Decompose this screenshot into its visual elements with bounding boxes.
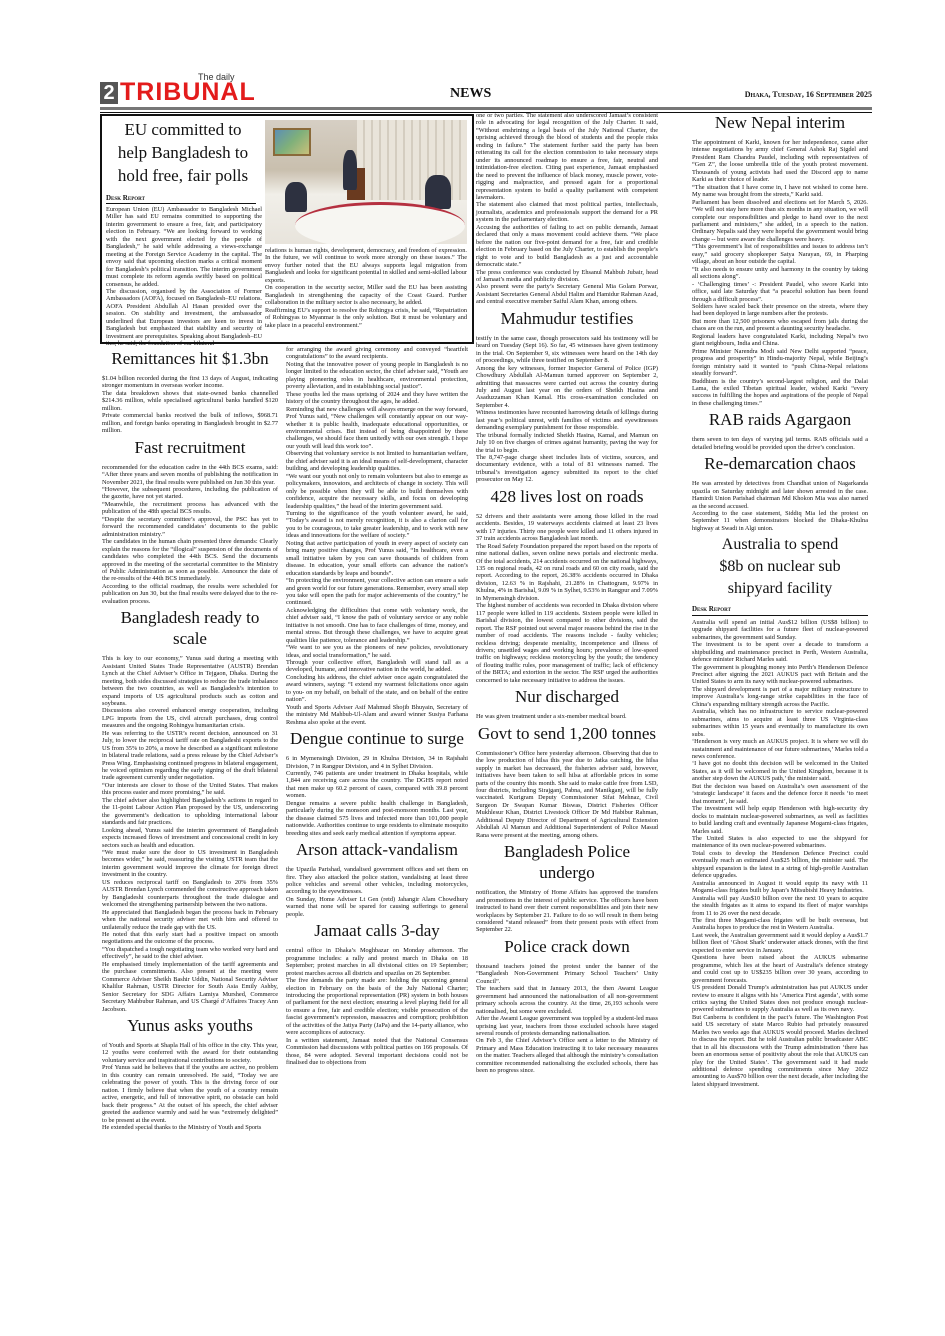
paragraph: Accusing the authorities of failing to a… — [476, 224, 658, 269]
headline-crackdown: Police crack down — [476, 936, 658, 957]
paragraph: Currently, 746 patients are under treatm… — [286, 770, 468, 800]
paragraph: ‘Henderson is very much an AUKUS project… — [692, 738, 868, 760]
paragraph: The government is ploughing money into P… — [692, 664, 868, 686]
column-2: for arranging the award giving ceremony … — [286, 346, 468, 1067]
paragraph: He noted that this early start had a pos… — [102, 931, 278, 946]
headline-mahmudur: Mahmudur testifies — [476, 308, 658, 329]
paragraph: “Meanwhile, the recruitment process has … — [102, 501, 278, 516]
paragraph: Witness testimonies have recounted harro… — [476, 409, 658, 431]
paragraph: Turning to the significance of the youth… — [286, 510, 468, 540]
paragraph: He extended special thanks to the Minist… — [102, 1124, 278, 1131]
page-number: 2 — [100, 82, 118, 104]
paragraph: Australia will pay Aus$10 billion over t… — [692, 895, 868, 917]
paragraph: Regional leaders have congratulated Kark… — [692, 333, 868, 348]
headline-nur: Nur discharged — [476, 686, 658, 707]
paragraph: The press conference was conducted by Eh… — [476, 269, 658, 284]
paragraph: On Feb 3, the Chief Advisor’s Office sen… — [476, 1037, 658, 1074]
paragraph: US reduces reciprocal tariff on Banglade… — [102, 879, 278, 909]
paragraph: According to the case statement, Siddiq … — [692, 510, 868, 532]
paragraph: “Despite the secretary committee’s appro… — [102, 516, 278, 538]
lead-story: EU committed to help Bangladesh to hold … — [100, 114, 474, 344]
headline-dengue: Dengue continue to surge — [286, 728, 468, 749]
paragraph: The highest number of accidents was reco… — [476, 602, 658, 684]
headline-jamaat: Jamaat calls 3-day — [286, 920, 468, 941]
photo-attendee — [285, 182, 307, 212]
paragraph: The teachers said that in January 2013, … — [476, 985, 658, 1015]
headline-rab: RAB raids Agargaon — [692, 409, 868, 430]
paragraph: of Youth and Sports at Shapla Hall of hi… — [102, 1042, 278, 1064]
paragraph: The discussion, organised by the Associa… — [106, 288, 262, 348]
headline-nepal: New Nepal interim — [692, 112, 868, 133]
headline-youths: Yunus asks youths — [102, 1015, 278, 1036]
paragraph: Buddhism is the country’s second-largest… — [692, 378, 868, 408]
paragraph: After the Awami League government was to… — [476, 1015, 658, 1037]
column-1: Remittances hit $1.3bn $1.04 billion rec… — [102, 346, 278, 1131]
paragraph: Total costs to develop the Henderson Def… — [692, 850, 868, 880]
paragraph: The five demands the party made are: hol… — [286, 977, 468, 1037]
paragraph: - ‘Challenging times’ -: President Paude… — [692, 281, 868, 303]
paragraph: Parliament has been dissolved and electi… — [692, 199, 868, 244]
paragraph: 6 in Mymensingh Division, 29 in Khulna D… — [286, 755, 468, 770]
paragraph: Private commercial banks received the bu… — [102, 412, 278, 434]
paragraph: Concluding his address, the chief advise… — [286, 674, 468, 704]
logo-tagline: The daily — [198, 72, 235, 82]
paragraph: Observing that voluntary service is not … — [286, 450, 468, 472]
newspaper-logo: The daily TRIBUNAL — [120, 78, 256, 106]
headline-redemarcation: Re-demarcation chaos — [692, 453, 868, 474]
paragraph: In a written statement, Jamaat noted tha… — [286, 1037, 468, 1067]
paragraph: Through your collective effort, Banglade… — [286, 659, 468, 674]
masthead: 2 The daily TRIBUNAL NEWS Dhaka, Tuesday… — [100, 76, 872, 106]
paragraph: Reminding that new challenges will alway… — [286, 406, 468, 451]
paragraph: “Our interests are closer to those of th… — [102, 782, 278, 797]
paragraph: “This government’s list of responsibilit… — [692, 243, 868, 265]
paragraph: The statement also claimed that most pol… — [476, 201, 658, 223]
lead-column-1: European Union (EU) Ambassador to Bangla… — [106, 206, 262, 348]
paragraph: relations is human rights, development, … — [265, 247, 467, 284]
paragraph: He was arrested by detectives from Chand… — [692, 480, 868, 510]
paragraph: them seven to ten days of varying jail t… — [692, 436, 868, 451]
paragraph: The tribunal formally indicted Sheikh Ha… — [476, 432, 658, 454]
headline-govt: Govt to send 1,200 tonnes — [476, 723, 658, 744]
paragraph: US president Donald Trump’s administrati… — [692, 984, 868, 1014]
photo-painting — [273, 128, 311, 156]
paragraph: central office in Dhaka’s Moghbazar on M… — [286, 947, 468, 977]
paragraph: The Road Safety Foundation prepared the … — [476, 543, 658, 603]
paragraph: Prime Minister Narendra Modi said New De… — [692, 348, 868, 378]
lead-headline: EU committed to help Bangladesh to hold … — [108, 118, 258, 187]
paragraph: Noting that the innovative power of youn… — [286, 361, 468, 391]
paragraph: The chief adviser also highlighted Bangl… — [102, 797, 278, 827]
paragraph: thousand teachers joined the protest und… — [476, 963, 658, 985]
paragraph: ‘I have got no doubt this decision will … — [692, 760, 868, 782]
paragraph: Also present were the party’s Secretary … — [476, 283, 658, 305]
paragraph: Australia announced in August it would e… — [692, 880, 868, 895]
column-4: New Nepal interim The appointment of Kar… — [692, 110, 868, 1088]
paragraph: “The situation that I have come in, I ha… — [692, 184, 868, 199]
paragraph: The investment will help equip Henderson… — [692, 805, 868, 835]
paragraph: “However, the subsequent procedures, inc… — [102, 486, 278, 501]
headline-arson: Arson attack-vandalism — [286, 839, 468, 860]
paragraph: for arranging the award giving ceremony … — [286, 346, 468, 361]
paragraph: “We want to see you as the pioneers of n… — [286, 644, 468, 659]
logo-text-last: L — [240, 78, 256, 106]
paragraph: $1.04 billion recorded during the first … — [102, 375, 278, 390]
paragraph: Questions have been raised about the AUK… — [692, 954, 868, 984]
paragraph: the Upazila Parishad, vandalised governm… — [286, 866, 468, 896]
paragraph: The United States is also expected to us… — [692, 835, 868, 850]
paragraph: The data breakdown shows that state-owne… — [102, 390, 278, 412]
paragraph: This is key to our economy,” Yunus said … — [102, 655, 278, 707]
paragraph: Looking ahead, Yunus said the interim go… — [102, 827, 278, 849]
photo-table — [295, 202, 465, 244]
paragraph: He was referring to the USTR’s recent de… — [102, 730, 278, 782]
lead-byline: Desk Report — [106, 194, 256, 204]
paragraph: Reaffirming EU’s support to resolve the … — [265, 307, 467, 329]
paragraph: On cooperation in the security sector, M… — [265, 284, 467, 306]
photo-attendee — [425, 175, 451, 209]
australia-byline: Desk Report — [692, 606, 868, 615]
paragraph: Commissioner’s Office here yesterday aft… — [476, 750, 658, 839]
paragraph: Among the key witnesses, former Inspecto… — [476, 365, 658, 410]
paragraph: “We must make sure the door to US invest… — [102, 849, 278, 879]
paragraph: Soldiers have scaled back their presence… — [692, 303, 868, 318]
paragraph: On Sunday, Home Adviser Lt Gen (retd) Ja… — [286, 896, 468, 918]
paragraph: European Union (EU) Ambassador to Bangla… — [106, 206, 262, 288]
paragraph: notification, the Ministry of Home Affai… — [476, 889, 658, 934]
paragraph: He was given treatment under a six-membe… — [476, 713, 658, 720]
paragraph: 52 drivers and their assistants were amo… — [476, 513, 658, 543]
paragraph: “In protecting the environment, your col… — [286, 577, 468, 607]
paragraph: But more than 12,500 prisoners who escap… — [692, 318, 868, 333]
lead-column-2: relations is human rights, development, … — [265, 247, 467, 329]
paragraph: The first three Mogami-class frigates wi… — [692, 917, 868, 932]
paragraph: “We want our youth not only to remain vo… — [286, 473, 468, 510]
paragraph: Australia will spend an initial Aus$12 b… — [692, 619, 868, 641]
paragraph: The investment is to be spent over a dec… — [692, 641, 868, 663]
newspaper-page: 2 The daily TRIBUNAL NEWS Dhaka, Tuesday… — [100, 76, 872, 106]
paragraph: The 8,747-page charge sheet includes lis… — [476, 454, 658, 484]
headline-remittances: Remittances hit $1.3bn — [102, 348, 278, 369]
paragraph: The shipyard development is part of a ma… — [692, 686, 868, 708]
column-3: one or two parties. The statement also u… — [476, 112, 658, 1075]
paragraph: testify in the same case, though prosecu… — [476, 335, 658, 365]
paragraph: The appointment of Karki, known for her … — [692, 139, 868, 184]
paragraph: Discussions also covered enhanced energy… — [102, 707, 278, 729]
paragraph: The candidates in the human chain presen… — [102, 538, 278, 583]
paragraph: one or two parties. The statement also u… — [476, 112, 658, 201]
section-title: NEWS — [450, 86, 491, 102]
headline-scale: Bangladesh ready to scale — [102, 607, 278, 649]
paragraph: Youth and Sports Adviser Asif Mahmud Sho… — [286, 704, 468, 726]
headline-police-undergo: Bangladesh Police undergo — [476, 841, 658, 883]
paragraph: But the decision was based on Australia’… — [692, 783, 868, 805]
paragraph: According to the official roadmap, the r… — [102, 583, 278, 605]
paragraph: He emphasised timely implementation of t… — [102, 961, 278, 1013]
paragraph: He appreciated that Bangladesh began the… — [102, 909, 278, 931]
paragraph: Last week, the Australian government sai… — [692, 932, 868, 954]
paragraph: Noting that active participation of yout… — [286, 540, 468, 577]
headline-roads: 428 lives lost on roads — [476, 486, 658, 507]
paragraph: Dengue remains a severe public health ch… — [286, 800, 468, 837]
headline-recruitment: Fast recruitment — [102, 437, 278, 458]
paragraph: These youths led the mass uprising of 20… — [286, 391, 468, 406]
paragraph: Prof Yunus said he believes that if the … — [102, 1064, 278, 1124]
logo-text: TRIBUNA — [120, 78, 240, 106]
lead-photo — [265, 120, 467, 244]
paragraph: Australia, which has no infrastructure t… — [692, 708, 868, 738]
paragraph: Acknowledging the difficulties that come… — [286, 607, 468, 644]
paragraph: recommended for the education cadre in t… — [102, 464, 278, 486]
paragraph: But Canberra is confident in the pact’s … — [692, 1014, 868, 1089]
dateline: Dhaka, Tuesday, 16 September 2025 — [745, 90, 872, 99]
paragraph: “You dispatched a tough negotiating team… — [102, 946, 278, 961]
paragraph: “It also needs to ensure unity and harmo… — [692, 266, 868, 281]
photo-speaker — [343, 150, 357, 190]
headline-australia: Australia to spend $8b on nuclear sub sh… — [692, 534, 868, 600]
